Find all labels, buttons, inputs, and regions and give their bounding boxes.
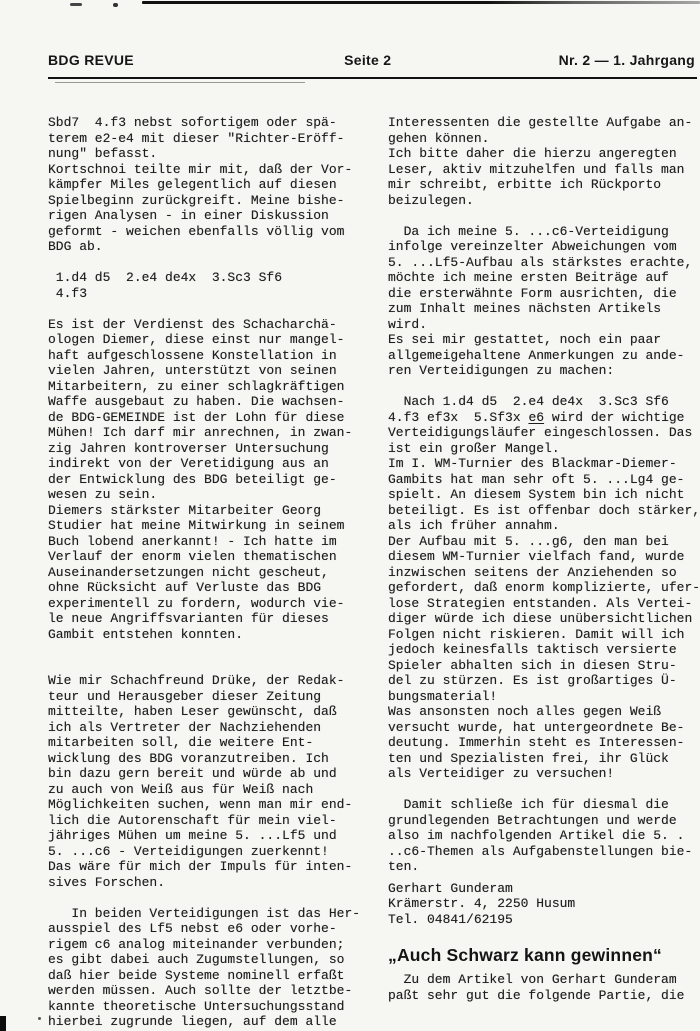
- article-intro-text: Zu dem Artikel von Gerhart Gunderam paßt…: [388, 972, 700, 1003]
- journal-title: BDG REVUE: [48, 52, 134, 68]
- article-headline: „Auch Schwarz kann gewinnen“: [388, 945, 700, 966]
- right-column-text: Interessenten die gestellte Aufgabe an- …: [388, 115, 700, 875]
- page-header: BDG REVUE Seite 2 Nr. 2 — 1. Jahrgang: [48, 52, 695, 72]
- scan-artifact-corner-mark: [0, 1016, 6, 1031]
- scan-artifact-speck: [113, 3, 118, 7]
- left-column-text: Sbd7 4.f3 nebst sofortigem oder spä- ter…: [48, 115, 370, 1030]
- scanned-newsletter-page: BDG REVUE Seite 2 Nr. 2 — 1. Jahrgang Sb…: [0, 0, 700, 1031]
- header-rule-shadow: [55, 82, 305, 83]
- scan-artifact-top-line: [142, 1, 700, 4]
- right-column: Interessenten die gestellte Aufgabe an- …: [388, 115, 700, 1003]
- issue-number: Nr. 2 — 1. Jahrgang: [559, 52, 695, 68]
- author-signature-block: Gerhart Gunderam Krämerstr. 4, 2250 Husu…: [388, 881, 700, 928]
- page-number: Seite 2: [344, 52, 391, 68]
- scan-artifact-speck: [38, 1017, 41, 1020]
- scan-artifact-speck: [70, 3, 82, 6]
- header-rule: [48, 77, 697, 79]
